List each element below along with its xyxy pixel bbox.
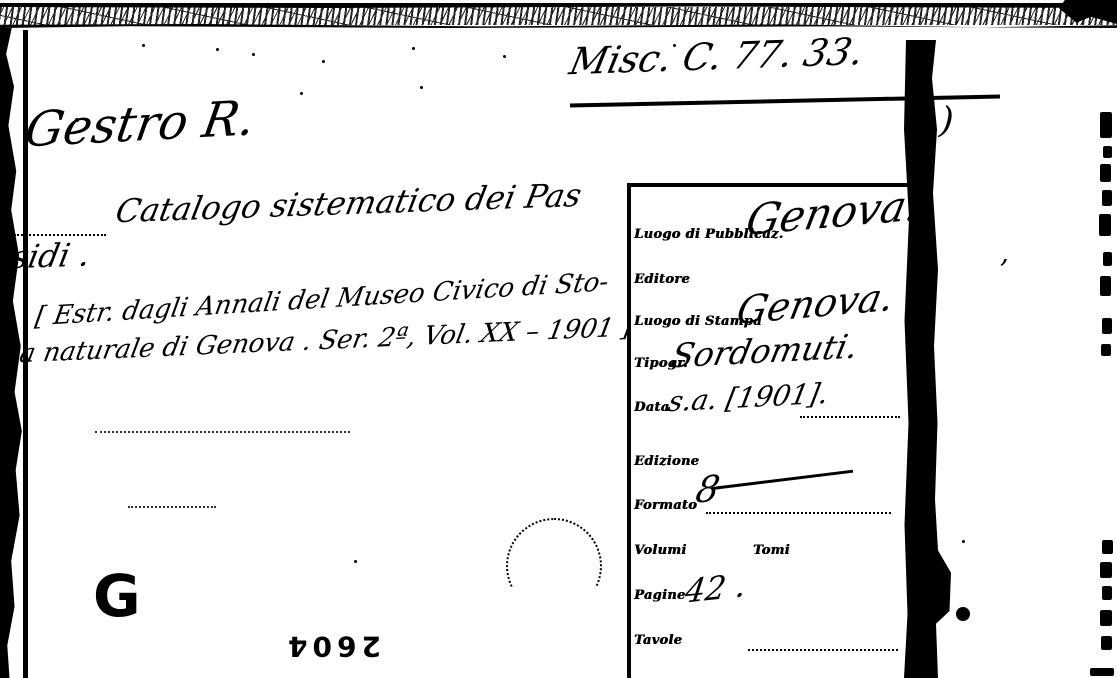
dotted-guide-line (95, 431, 350, 433)
field-label-editore: Editore (634, 272, 690, 287)
inventory-number-stamp: 2604 (283, 630, 381, 663)
author-name: Gestro R. (21, 90, 259, 159)
bibliographic-form-box (627, 183, 921, 678)
field-label-volumi: Volumi (634, 543, 686, 558)
title-line2: sidi . (9, 235, 94, 276)
field-label-formato: Formato (634, 498, 697, 513)
field-value-pagine: 42 . (683, 566, 749, 611)
field-label-data: Data (634, 400, 669, 415)
ink-blot-dot (956, 607, 970, 621)
shelfmark: Misc. C. 77. 33. (566, 30, 868, 84)
section-letter: G (93, 562, 141, 630)
paren-mark: ) (938, 100, 955, 142)
field-label-tomi: Tomi (753, 543, 790, 558)
torn-top-speckle-band (0, 7, 1117, 25)
data-dotted-rule (800, 416, 900, 418)
left-margin-rule (23, 30, 28, 678)
shelfmark-underline (570, 94, 1000, 107)
field-label-tavole: Tavole (634, 633, 682, 648)
faded-stamp-arc (506, 518, 602, 614)
torn-top-edge (0, 0, 1117, 34)
title-line1: Catalogo sistematico dei Pas (113, 176, 585, 231)
formato-dotted-rule (706, 512, 891, 514)
field-label-edizione: Edizione (634, 454, 699, 469)
dotted-guide-line (128, 506, 216, 508)
field-label-pagine: Pagine (634, 588, 685, 603)
comma-mark: , (1000, 236, 1009, 269)
tavole-dotted-rule (748, 649, 898, 651)
